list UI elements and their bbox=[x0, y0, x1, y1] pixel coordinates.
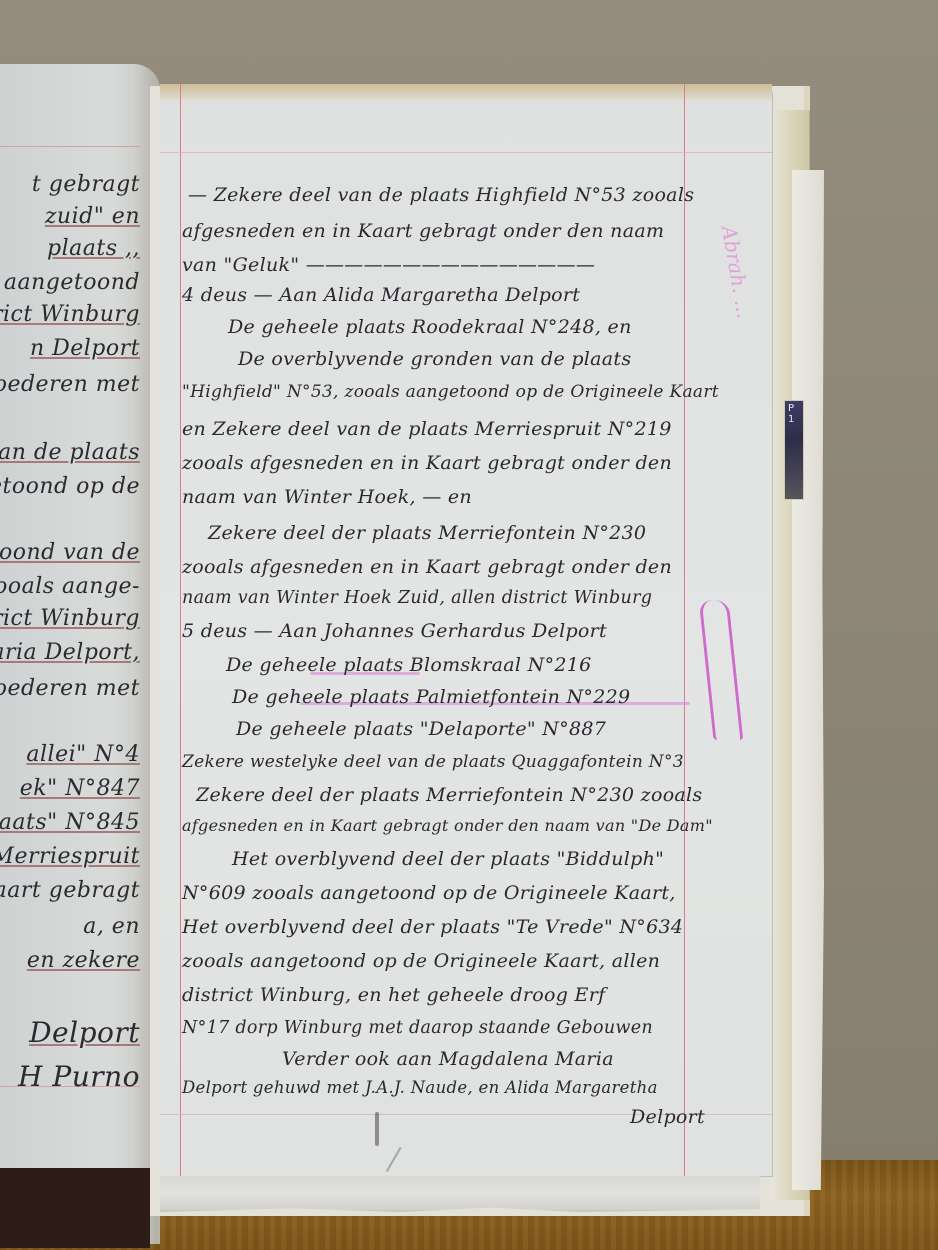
left-line: t gebragt bbox=[32, 172, 140, 197]
ledger-line: afgesneden en in Kaart gebragt onder den… bbox=[182, 220, 664, 242]
left-line: en zekere bbox=[27, 948, 140, 973]
ledger-line: De geheele plaats Roodekraal N°248, en bbox=[228, 316, 632, 338]
ledger-line: naam van Winter Hoek Zuid, allen distric… bbox=[182, 588, 652, 608]
stamp-label: P 1 bbox=[788, 403, 803, 425]
ledger-line: Het overblyvend deel der plaats "Biddulp… bbox=[232, 848, 664, 870]
ledger-line: "Highfield" N°53, zooals aangetoond op d… bbox=[182, 382, 719, 402]
left-line: van de plaats bbox=[0, 440, 140, 465]
ledger-line: district Winburg, en het geheele droog E… bbox=[182, 984, 605, 1006]
ledger-line: Zekere westelyke deel van de plaats Quag… bbox=[182, 752, 684, 772]
book-cover-edge bbox=[0, 1168, 150, 1248]
right-margin-rule bbox=[684, 84, 685, 1176]
left-line: aria Delport, bbox=[0, 640, 140, 665]
ledger-line: zooals afgesneden en in Kaart gebragt on… bbox=[182, 452, 672, 474]
left-line: plaats" N°845 bbox=[0, 810, 140, 835]
left-line: ts "Merriespruit bbox=[0, 844, 140, 869]
left-line: a, en bbox=[83, 914, 140, 939]
ledger-line: 4 deus — Aan Alida Margaretha Delport bbox=[182, 284, 580, 306]
ledger-line: Delport bbox=[630, 1106, 705, 1128]
ledger-line: De geheele plaats Palmietfontein N°229 bbox=[232, 686, 630, 708]
ledger-line: De overblyvende gronden van de plaats bbox=[238, 348, 631, 370]
left-line: district Winburg bbox=[0, 606, 140, 631]
ledger-line: De geheele plaats Blomskraal N°216 bbox=[226, 654, 592, 676]
ledger-line: N°609 zooals aangetoond op de Origineele… bbox=[182, 882, 676, 904]
ledger-line: Delport gehuwd met J.A.J. Naude, en Alid… bbox=[182, 1078, 658, 1097]
ledger-line: Zekere deel der plaats Merriefontein N°2… bbox=[208, 522, 646, 544]
ledger-line: zooals afgesneden en in Kaart gebragt on… bbox=[182, 556, 672, 578]
loose-papers-edge bbox=[792, 170, 824, 1190]
ledger-line: De geheele plaats "Delaporte" N°887 bbox=[236, 718, 606, 740]
ledger-line: van "Geluk" ——————————————— bbox=[182, 254, 595, 276]
ledger-line: — Zekere deel van de plaats Highfield N°… bbox=[188, 184, 694, 206]
revenue-stamp: P 1 bbox=[784, 400, 804, 500]
left-line: etoond op de bbox=[0, 474, 140, 499]
ledger-line: afgesneden en in Kaart gebragt onder den… bbox=[182, 816, 713, 835]
left-line: in Kaart gebragt bbox=[0, 878, 140, 903]
left-line: n Delport bbox=[30, 336, 140, 361]
left-line: aangetoond bbox=[4, 270, 140, 295]
ledger-line: zooals aangetoond op de Origineele Kaart… bbox=[182, 950, 660, 972]
header-rule-line bbox=[160, 152, 772, 153]
ledger-line: 5 deus — Aan Johannes Gerhardus Delport bbox=[182, 620, 607, 642]
ledger-line: Verder ook aan Magdalena Maria bbox=[282, 1048, 614, 1070]
left-line: goederen met bbox=[0, 372, 140, 397]
left-line: plaats ,, bbox=[47, 236, 140, 261]
left-line: ek" N°847 bbox=[20, 776, 140, 801]
ledger-line: naam van Winter Hoek, — en bbox=[182, 486, 472, 508]
left-line: allei" N°4 bbox=[26, 742, 140, 767]
left-margin-rule bbox=[180, 84, 181, 1176]
left-line: ooals aange- bbox=[0, 574, 140, 599]
left-line: goederen met bbox=[0, 676, 140, 701]
left-line: H Purno bbox=[18, 1060, 140, 1093]
left-line: zuid" en bbox=[45, 204, 140, 229]
ledger-line: Zekere deel der plaats Merriefontein N°2… bbox=[196, 784, 702, 806]
left-line: oond van de bbox=[0, 540, 140, 565]
left-page: t gebragt zuid" en plaats ,, aangetoond … bbox=[0, 64, 160, 1244]
pencil-mark bbox=[375, 1112, 379, 1146]
ledger-line: N°17 dorp Winburg met daarop staande Geb… bbox=[182, 1018, 653, 1038]
page-bottom-fold bbox=[160, 1176, 760, 1212]
left-rule-line bbox=[0, 146, 140, 147]
ledger-line: en Zekere deel van de plaats Merriesprui… bbox=[182, 418, 672, 440]
left-line: istrict Winburg bbox=[0, 302, 140, 327]
page-top-edge bbox=[160, 84, 772, 100]
left-line: Delport bbox=[29, 1016, 140, 1049]
ledger-line: Het overblyvend deel der plaats "Te Vred… bbox=[182, 916, 683, 938]
